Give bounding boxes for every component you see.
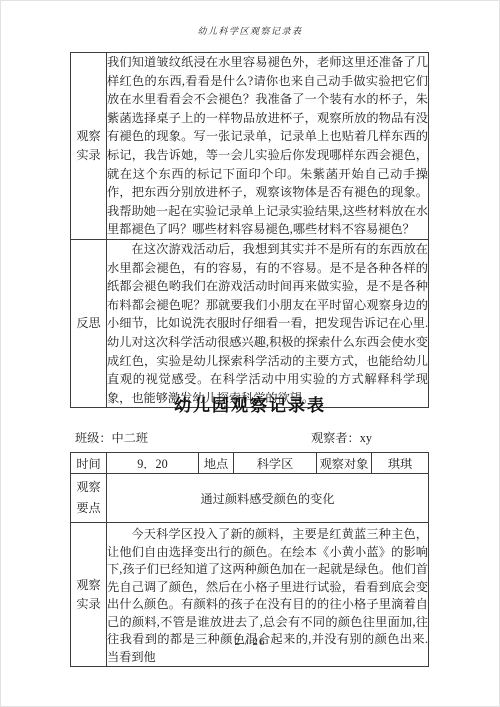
time-label-cell: 时间 [71, 453, 107, 474]
page-number: 2 / 26 [0, 636, 500, 648]
target-label-cell: 观察对象 [317, 453, 372, 474]
meta-line: 班级：中二班 观察者：xy [70, 429, 428, 445]
section-title: 幼儿园观察记录表 [0, 391, 500, 416]
observation-record-text-cell: 我们知道皱纹纸浸在水里容易褪色外，老师这里还准备了几样红色的东西,看看是什么?请… [107, 53, 429, 240]
focus-row: 观察要点 通过颜料感受颜色的变化 [71, 474, 429, 523]
row-label-cell: 观察要点 [71, 474, 107, 523]
place-value-cell: 科学区 [234, 453, 317, 474]
info-row: 时间 9．20 地点 科学区 观察对象 琪琪 [71, 453, 429, 474]
row-label-cell: 观察实录 [71, 53, 107, 240]
focus-text-cell: 通过颜料感受颜色的变化 [107, 474, 429, 523]
running-header-title: 幼儿科学区观察记录表 [0, 24, 500, 37]
record-label: 观察实录 [75, 576, 102, 614]
observation-table-1: 观察实录 我们知道皱纹纸浸在水里容易褪色外，老师这里还准备了几样红色的东西,看看… [70, 52, 429, 408]
row-label-cell: 反思 [71, 239, 107, 407]
observation-record-text: 我们知道皱纹纸浸在水里容易褪色外，老师这里还准备了几样红色的东西,看看是什么?请… [107, 53, 428, 239]
target-value-cell: 琪琪 [372, 453, 429, 474]
document-page: 幼儿科学区观察记录表 观察实录 我们知道皱纹纸浸在水里容易褪色外，老师这里还准备… [0, 0, 500, 707]
reflection-text: 在这次游戏活动后，我想到其实并不是所有的东西放在水里都会褪色，有的容易，有的不容… [107, 240, 428, 407]
observer-field: 观察者：xy [311, 429, 372, 446]
focus-text: 通过颜料感受颜色的变化 [200, 492, 334, 506]
class-field: 班级：中二班 [75, 429, 148, 446]
reflection-label: 反思 [75, 314, 102, 333]
time-value-cell: 9．20 [107, 453, 199, 474]
focus-label: 观察要点 [75, 477, 102, 519]
observation-record-label: 观察实录 [75, 127, 102, 165]
reflection-text-cell: 在这次游戏活动后，我想到其实并不是所有的东西放在水里都会褪色，有的容易，有的不容… [107, 239, 429, 407]
observation-table-2: 时间 9．20 地点 科学区 观察对象 琪琪 观察要点 通过颜料感受颜色的变化 … [70, 452, 429, 667]
table-row: 反思 在这次游戏活动后，我想到其实并不是所有的东西放在水里都会褪色，有的容易，有… [71, 239, 429, 407]
place-label-cell: 地点 [199, 453, 234, 474]
table-row: 观察实录 我们知道皱纹纸浸在水里容易褪色外，老师这里还准备了几样红色的东西,看看… [71, 53, 429, 240]
